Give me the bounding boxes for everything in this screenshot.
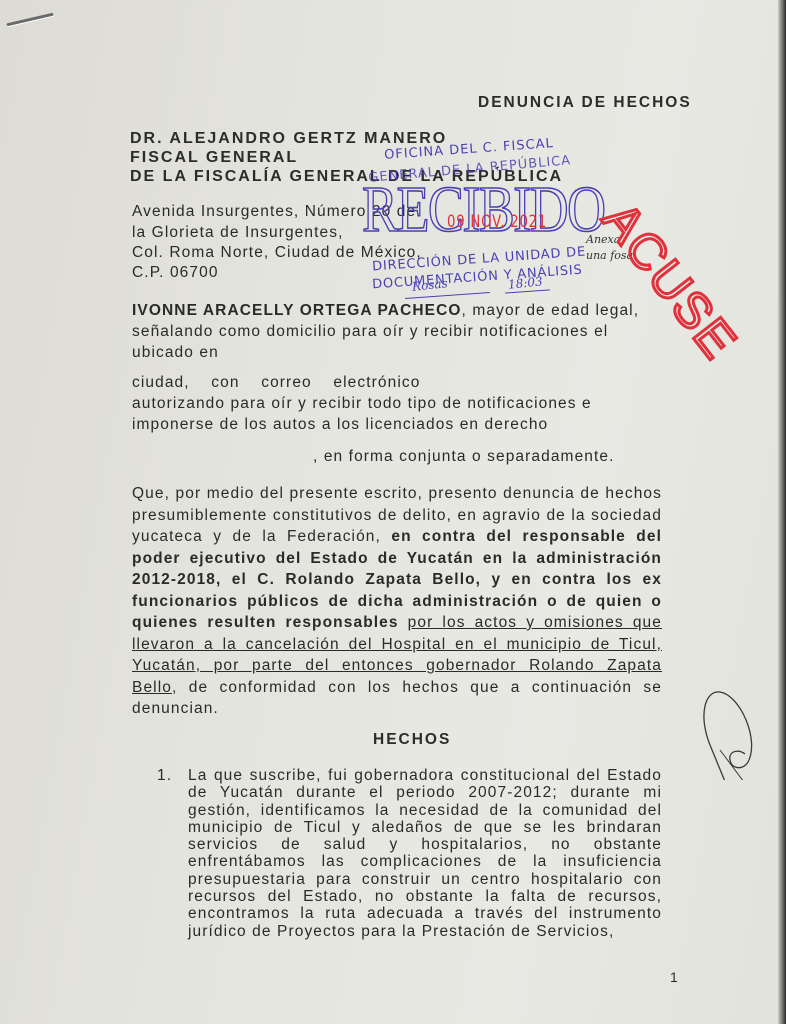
address-line: la Glorieta de Insurgentes, [132,224,344,242]
intro-line-5: autorizando para oír y recibir todo tipo… [132,395,592,413]
document-page: DENUNCIA DE HECHOS DR. ALEJANDRO GERTZ M… [0,0,786,1024]
intro-line-2: señalando como domicilio para oír y reci… [132,323,608,341]
fact-item: La que suscribe, fui gobernadora constit… [188,767,662,940]
intro-text: , mayor de edad legal, [462,302,640,319]
stamp-received-word: RECIBIDO [362,172,604,248]
page-edge [778,0,786,1024]
signature-mark [690,670,780,780]
document-title: DENUNCIA DE HECHOS [478,94,692,112]
intro-line-7: , en forma conjunta o separadamente. [313,448,615,466]
complainant-name: IVONNE ARACELLY ORTEGA PACHECO [132,302,462,319]
acuse-stamp: ACUSE [591,191,749,370]
intro-line-6: imponerse de los autos a los licenciados… [132,416,548,434]
intro-line-1: IVONNE ARACELLY ORTEGA PACHECO, mayor de… [132,302,639,320]
intro-line-3: ubicado en [132,344,219,362]
complaint-closing: , de conformidad con los hechos que a co… [132,679,662,718]
space [399,614,408,631]
staple-mark [6,13,53,27]
facts-heading: HECHOS [373,731,451,749]
stamp-time: 18:03 [507,274,543,292]
stamp-date: 09 NOV. 2021 [447,212,547,232]
addressee-position: FISCAL GENERAL [130,149,298,167]
stamp-signature: Rosas [411,276,448,294]
address-line: C.P. 06700 [132,264,219,282]
addressee-name: DR. ALEJANDRO GERTZ MANERO [130,130,447,148]
fact-number: 1. [157,767,172,785]
page-number: 1 [670,969,679,985]
complaint-paragraph: Que, por medio del presente escrito, pre… [132,483,662,720]
intro-line-4: ciudad, con correo electrónico [132,374,420,392]
